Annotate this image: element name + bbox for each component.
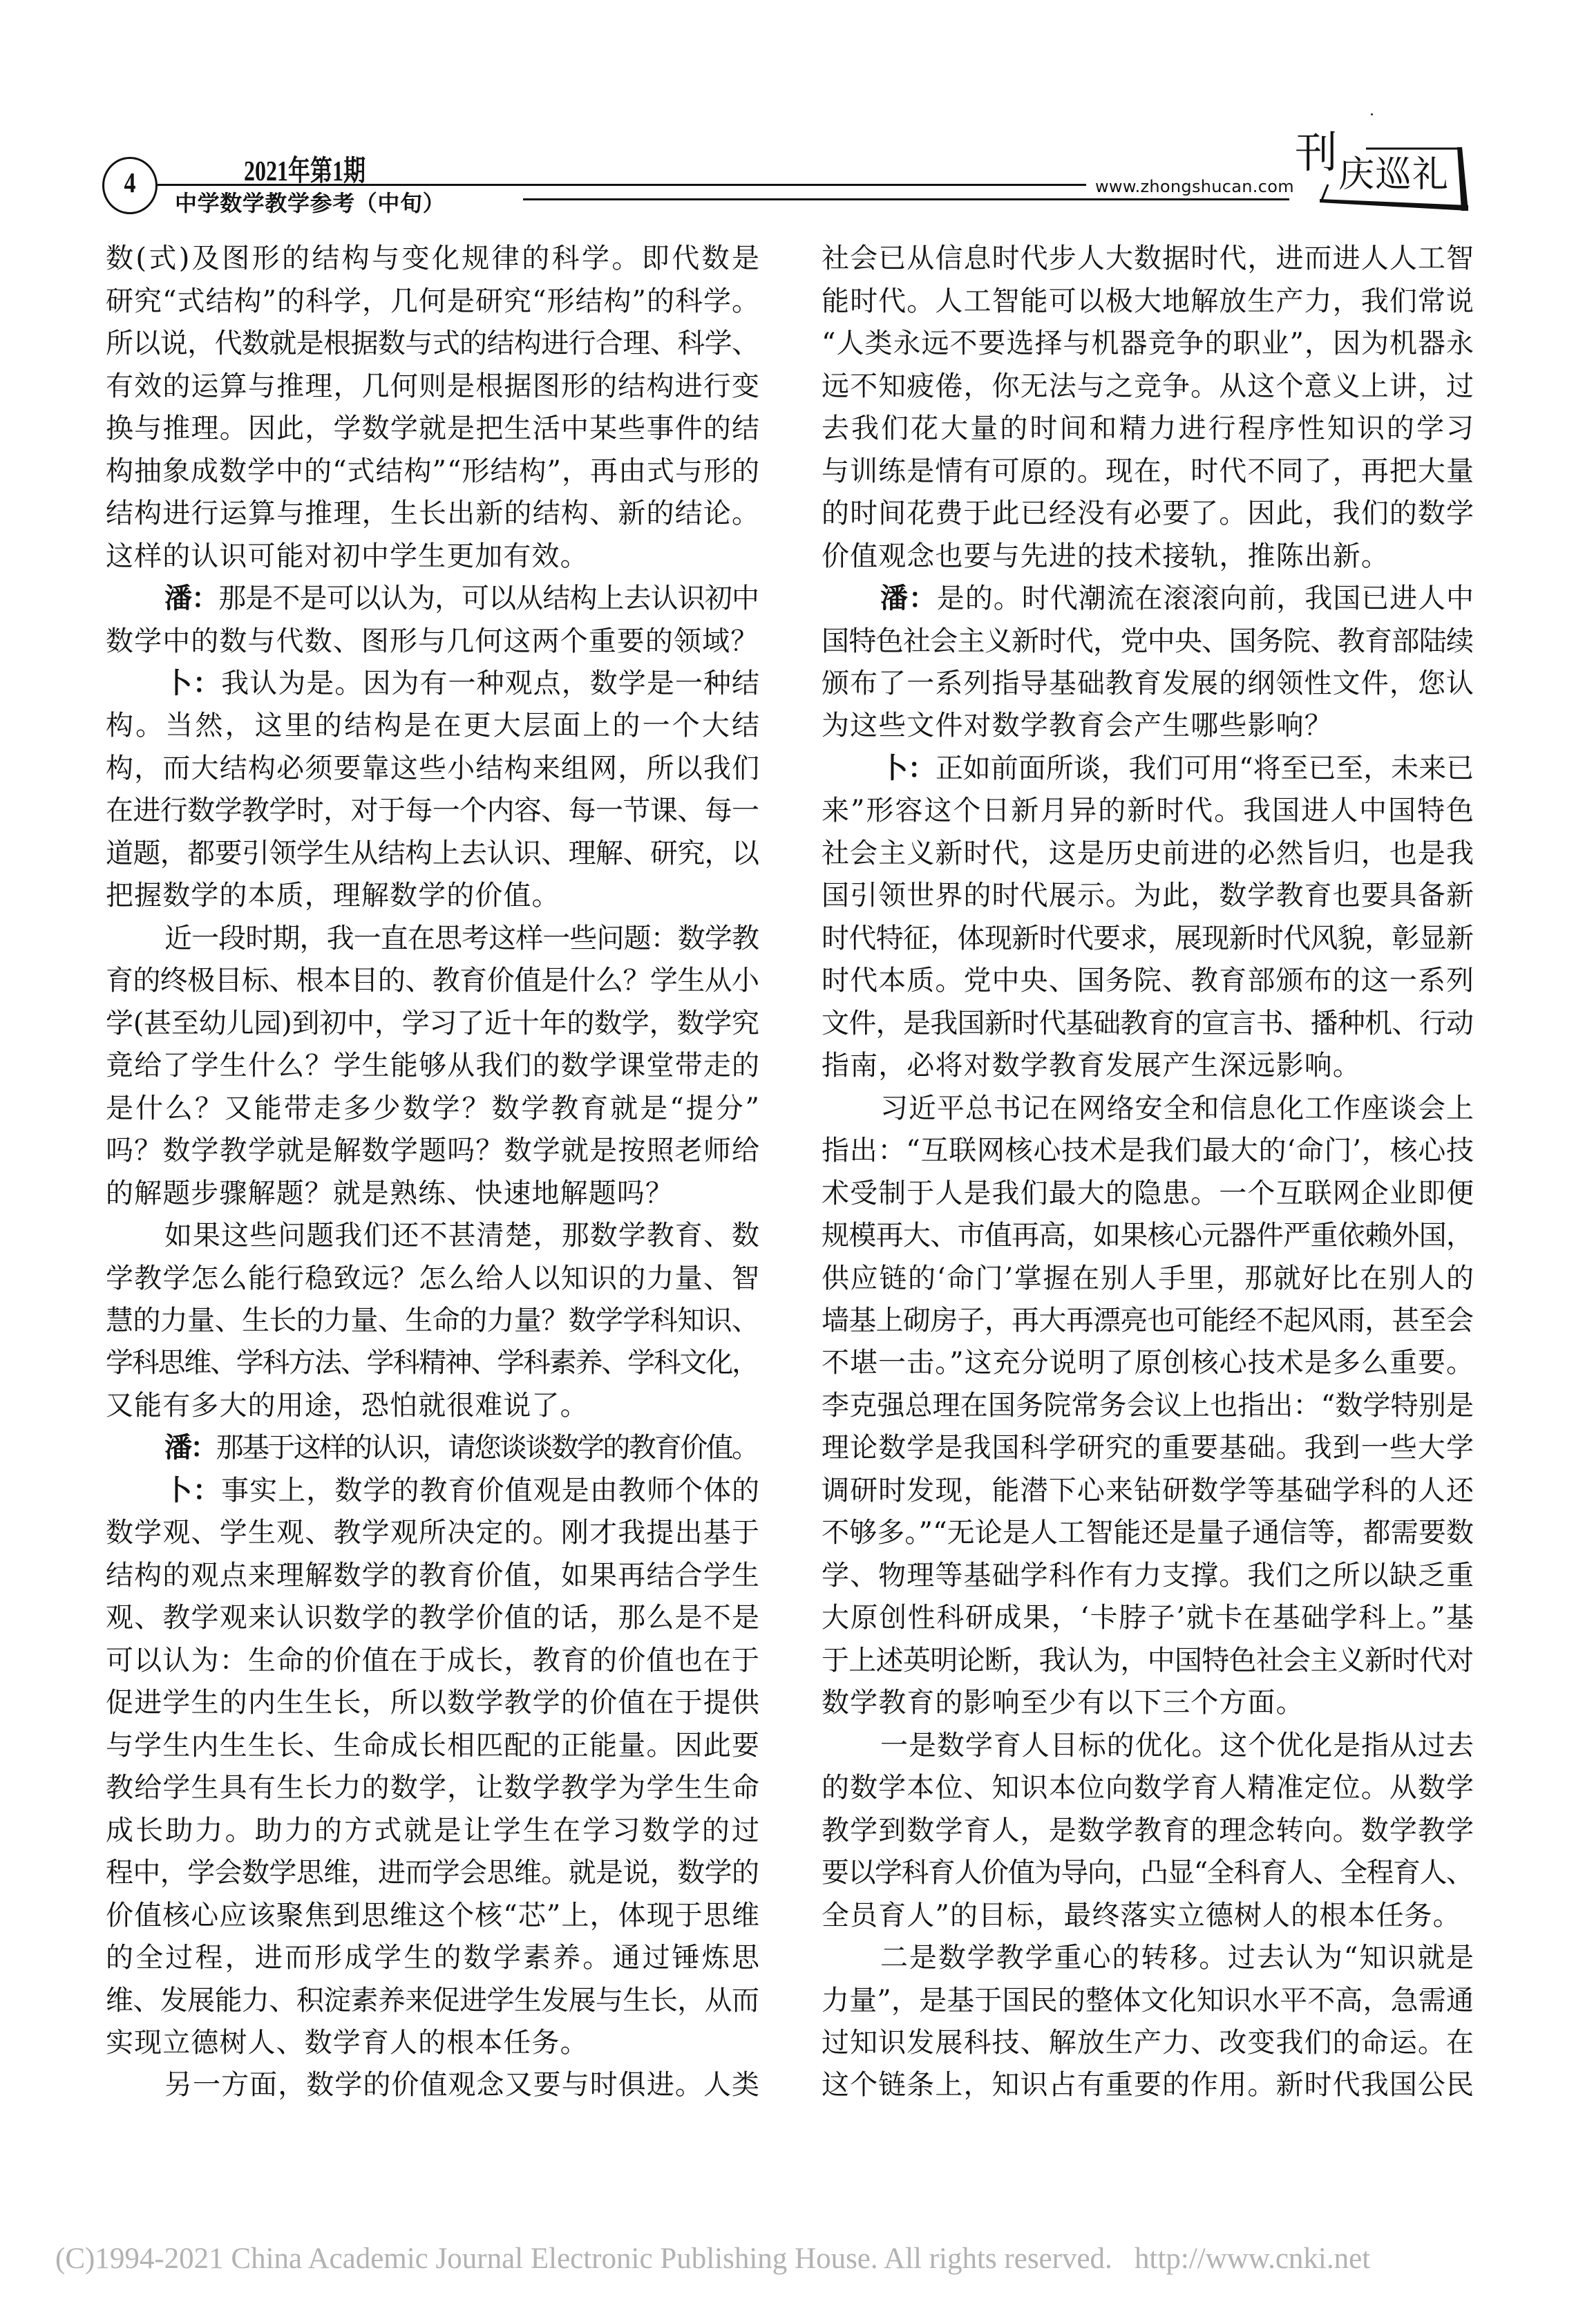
line-content: 潘：那是不是可以认为，可以从结构上去认识初中 [164,583,759,614]
line-content: 又能有多大的用途，恐怕就很难说了。 [106,1390,589,1421]
text-line: 道题，都要引领学生从结构上去认识、理解、研究，以 [106,833,759,875]
line-text: 构，而大结构必须要靠这些小结构来组网，所以我们 [106,753,760,784]
line-text: 吗？数学教学就是解数学题吗？数学就是按照老师给 [106,1135,760,1166]
text-line: 换与推理。因此，学数学就是把生活中某些事件的结 [106,408,759,450]
line-content: 卜：正如前面所谈，我们可用“将至已至，未来已 [880,753,1474,784]
line-content: 学教学怎么能行稳致远？怎么给人以知识的力量、智 [106,1263,760,1294]
line-text: 我认为是。因为有一种观点，数学是一种结 [221,668,760,699]
text-line: 能时代。人工智能可以极大地解放生产力，我们常说 [822,281,1474,323]
line-text: 去我们花大量的时间和精力进行程序性知识的学习 [822,413,1476,444]
text-line: 与学生内生生长、生命成长相匹配的正能量。因此要 [106,1725,759,1767]
speaker-label: 潘： [164,1432,216,1464]
text-line: 构，而大结构必须要靠这些小结构来组网，所以我们 [106,748,759,790]
article-column-right: 社会已从信息时代步人大数据时代，进而进人人工智能时代。人工智能可以极大地解放生产… [822,238,1474,2107]
line-content: 结构进行运算与推理，生长出新的结构、新的结论。 [106,498,760,529]
line-text: 文件，是我国新时代基础教育的宣言书、播种机、行动 [822,1008,1473,1039]
speaker-label: 潘： [880,583,937,614]
line-content: 一是数学育人目标的优化。这个优化是指从过去 [880,1730,1474,1761]
line-text: 构。当然，这里的结构是在更大层面上的一个大结 [106,710,761,741]
line-text: 所以说，代数就是根据数与式的结构进行合理、科学、 [106,328,759,359]
text-line: 数学观、学生观、教学观所决定的。刚才我提出基于 [106,1512,759,1554]
line-content: 力量”，是基于国民的整体文化知识水平不高，急需通 [822,1985,1474,2016]
line-text: 数学教育的影响至少有以下三个方面。 [822,1687,1304,1719]
line-text: 供应链的‘命门’掌握在别人手里，那就好比在别人的 [822,1263,1475,1294]
text-line: 价值核心应该聚焦到思维这个核“芯”上，体现于思维 [106,1895,759,1937]
line-text: 远不知疲倦，你无法与之竞争。从这个意义上讲，过 [822,370,1474,402]
line-text: 学科思维、学科方法、学科精神、学科素养、学科文化， [106,1347,758,1379]
text-line: 这个链条上，知识占有重要的作用。新时代我国公民 [822,2064,1474,2106]
line-text: 结构进行运算与推理，生长出新的结构、新的结论。 [106,498,760,529]
text-line: 来”形容这个日新月异的新时代。我国进人中国特色 [822,790,1474,832]
text-line: 社会已从信息时代步人大数据时代，进而进人人工智 [822,238,1474,280]
text-line: 指南，必将对数学教育发展产生深远影响。 [822,1045,1474,1087]
line-content: 维、发展能力、积淀素养来促进学生发展与生长，从而 [106,1985,759,2016]
line-text: 时代本质。党中央、国务院、教育部颁布的这一系列 [822,965,1474,996]
line-content: 构。当然，这里的结构是在更大层面上的一个大结 [106,710,761,741]
line-content: 价值观念也要与先进的技术接轨，推陈出新。 [822,540,1389,572]
line-text: 构抽象成数学中的“式结构”“形结构”，再由式与形的 [106,455,760,487]
line-text: 是的。时代潮流在滚滚向前，我国已进人中 [937,583,1474,614]
line-text: 规模再大、市值再高，如果核心元器件严重依赖外国， [822,1220,1473,1251]
line-text: 二是数学教学重心的转移。过去认为“知识就是 [880,1942,1475,1974]
line-text: 习近平总书记在网络安全和信息化工作座谈会上 [880,1093,1474,1124]
line-text: 一是数学育人目标的优化。这个优化是指从过去 [880,1730,1474,1761]
line-text: 正如前面所谈，我们可用“将至已至，未来已 [936,753,1474,784]
line-content: 时代本质。党中央、国务院、教育部颁布的这一系列 [822,965,1474,996]
line-text: 可以认为：生命的价值在于成长，教育的价值也在于 [106,1645,760,1676]
text-line: 结构进行运算与推理，生长出新的结构、新的结论。 [106,493,759,535]
line-content: 国特色社会主义新时代，党中央、国务院、教育部陆续 [822,625,1473,657]
line-content: 在进行数学教学时，对于每一个内容、每一节课、每一 [106,795,759,826]
line-content: 不够多。”“无论是人工智能还是量子通信等，都需要数 [822,1517,1474,1549]
line-text: 数学中的数与代数、图形与几何这两个重要的领域？ [106,625,759,657]
text-line: 又能有多大的用途，恐怕就很难说了。 [106,1385,759,1427]
line-content: 学(甚至幼儿园)到初中，学习了近十年的数学，数学究 [106,1008,759,1039]
line-text: 研究“式结构”的科学，几何是研究“形结构”的科学。 [106,285,760,317]
line-content: 学、物理等基础学科作有力支撑。我们之所以缺乏重 [822,1560,1474,1591]
line-content: 能时代。人工智能可以极大地解放生产力，我们常说 [822,285,1474,317]
text-line: 一是数学育人目标的优化。这个优化是指从过去 [822,1725,1474,1767]
line-text: 实现立德树人、数学育人的根本任务。 [106,2027,589,2059]
speaker-label: 潘： [164,583,218,614]
line-content: 指南，必将对数学教育发展产生深远影响。 [822,1050,1361,1081]
line-text: 不够多。”“无论是人工智能还是量子通信等，都需要数 [822,1517,1474,1549]
line-content: 构，而大结构必须要靠这些小结构来组网，所以我们 [106,753,760,784]
line-text: 那基于这样的认识，请您谈谈数学的教育价值。 [216,1432,758,1464]
text-line: 近一段时期，我一直在思考这样一些问题：数学教 [106,918,759,960]
line-content: 大原创性科研成果，‘卡脖子’就卡在基础学科上。”基 [822,1602,1475,1634]
line-content: 换与推理。因此，学数学就是把生活中某些事件的结 [106,413,760,444]
speaker-label: 卜： [164,668,221,699]
line-text: 把握数学的本质，理解数学的价值。 [106,880,560,911]
line-text: “人类永远不要选择与机器竞争的职业”，因为机器永 [822,328,1474,359]
text-line: 卜：我认为是。因为有一种观点，数学是一种结 [106,663,759,705]
text-line: 学、物理等基础学科作有力支撑。我们之所以缺乏重 [822,1555,1474,1597]
line-content: 促进学生的内生生长，所以数学教学的价值在于提供 [106,1687,760,1719]
line-content: 价值核心应该聚焦到思维这个核“芯”上，体现于思维 [106,1900,760,1931]
text-line: 数学教育的影响至少有以下三个方面。 [822,1682,1474,1724]
text-line: 去我们花大量的时间和精力进行程序性知识的学习 [822,408,1474,450]
line-text: 的时间花费于此已经没有必要了。因此，我们的数学 [822,498,1474,529]
line-text: 指出：“互联网核心技术是我们最大的‘命门’，核心技 [822,1135,1474,1166]
text-line: 全员育人”的目标，最终落实立德树人的根本任务。 [822,1895,1474,1937]
text-line: 于上述英明论断，我认为，中国特色社会主义新时代对 [822,1640,1474,1682]
text-line: 学(甚至幼儿园)到初中，学习了近十年的数学，数学究 [106,1003,759,1045]
line-text: 国特色社会主义新时代，党中央、国务院、教育部陆续 [822,625,1473,657]
line-content: 全员育人”的目标，最终落实立德树人的根本任务。 [822,1900,1461,1931]
line-text: 过知识发展科技、解放生产力、改变我们的命运。在 [822,2027,1474,2059]
line-content: 理论数学是我国科学研究的重要基础。我到一些大学 [822,1432,1474,1464]
text-line: 李克强总理在国务院常务会议上也指出：“数学特别是 [822,1385,1474,1427]
line-content: 研究“式结构”的科学，几何是研究“形结构”的科学。 [106,285,760,317]
text-line: 与训练是情有可原的。现在，时代不同了，再把大量 [822,451,1474,493]
line-content: 这样的认识可能对初中学生更加有效。 [106,540,589,572]
line-content: 吗？数学教学就是解数学题吗？数学就是按照老师给 [106,1135,760,1166]
text-line: 价值观念也要与先进的技术接轨，推陈出新。 [822,536,1474,578]
line-text: 成长助力。助力的方式就是让学生在学习数学的过 [106,1815,761,1846]
line-content: 观、教学观来认识数学的教学价值的话，那么是不是 [106,1602,760,1634]
text-line: 可以认为：生命的价值在于成长，教育的价值也在于 [106,1640,759,1682]
scan-speck [1371,113,1373,115]
text-line: 力量”，是基于国民的整体文化知识水平不高，急需通 [822,1980,1474,2022]
text-line: 供应链的‘命门’掌握在别人手里，那就好比在别人的 [822,1258,1474,1300]
line-content: 去我们花大量的时间和精力进行程序性知识的学习 [822,413,1476,444]
line-content: 卜：事实上，数学的教育价值观是由教师个体的 [164,1475,760,1506]
text-line: 二是数学教学重心的转移。过去认为“知识就是 [822,1937,1474,1979]
line-content: 数学教育的影响至少有以下三个方面。 [822,1687,1304,1719]
line-text: 促进学生的内生生长，所以数学教学的价值在于提供 [106,1687,760,1719]
line-text: 社会已从信息时代步人大数据时代，进而进人人工智 [822,243,1474,274]
line-text: 教学到数学育人，是数学教育的理念转向。数学教学 [822,1815,1474,1846]
website-url: www.zhongshucan.com [1095,178,1294,195]
text-line: 习近平总书记在网络安全和信息化工作座谈会上 [822,1088,1474,1130]
text-line: 规模再大、市值再高，如果核心元器件严重依赖外国， [822,1215,1474,1257]
line-content: 构抽象成数学中的“式结构”“形结构”，再由式与形的 [106,455,760,487]
text-line: 时代特征，体现新时代要求，展现新时代风貌，彰显新 [822,918,1474,960]
line-content: 数学中的数与代数、图形与几何这两个重要的领域？ [106,625,759,657]
line-content: 社会主义新时代，这是历史前进的必然旨归，也是我 [822,838,1474,869]
article-column-left: 数(式)及图形的结构与变化规律的科学。即代数是研究“式结构”的科学，几何是研究“… [106,238,759,2107]
text-line: 促进学生的内生生长，所以数学教学的价值在于提供 [106,1682,759,1724]
text-line: 如果这些问题我们还不甚清楚，那数学教育、数 [106,1215,759,1257]
line-text: 来”形容这个日新月异的新时代。我国进人中国特色 [822,795,1475,826]
speaker-label: 卜： [164,1475,221,1506]
line-content: 教给学生具有生长力的数学，让数学教学为学生生命 [106,1772,760,1804]
line-text: 结构的观点来理解数学的教育价值，如果再结合学生 [106,1560,760,1591]
text-line: 构。当然，这里的结构是在更大层面上的一个大结 [106,705,759,747]
line-text: 这样的认识可能对初中学生更加有效。 [106,540,589,572]
text-line: 是什么？又能带走多少数学？数学教育就是“提分” [106,1088,759,1130]
line-text: 这个链条上，知识占有重要的作用。新时代我国公民 [822,2069,1474,2101]
line-content: 来”形容这个日新月异的新时代。我国进人中国特色 [822,795,1475,826]
line-text: 数学观、学生观、教学观所决定的。刚才我提出基于 [106,1517,760,1549]
text-line: 构抽象成数学中的“式结构”“形结构”，再由式与形的 [106,451,759,493]
line-text: 颁布了一系列指导基础教育发展的纲领性文件，您认 [822,668,1474,699]
text-line: 要以学科育人价值为导向，凸显“全科育人、全程育人、 [822,1852,1474,1894]
line-content: 指出：“互联网核心技术是我们最大的‘命门’，核心技 [822,1135,1474,1166]
line-content: 要以学科育人价值为导向，凸显“全科育人、全程育人、 [822,1857,1472,1889]
text-line: 慧的力量、生长的力量、生命的力量？数学学科知识、 [106,1300,759,1342]
header-rule-bottom [523,198,1289,200]
line-content: 与训练是情有可原的。现在，时代不同了，再把大量 [822,455,1474,487]
text-line: 潘：是的。时代潮流在滚滚向前，我国已进人中 [822,578,1474,620]
text-line: 文件，是我国新时代基础教育的宣言书、播种机、行动 [822,1003,1474,1045]
line-content: 学科思维、学科方法、学科精神、学科素养、学科文化， [106,1347,758,1379]
speaker-label: 卜： [880,753,936,784]
line-text: 教给学生具有生长力的数学，让数学教学为学生生命 [106,1772,760,1804]
line-content: 的全过程，进而形成学生的数学素养。通过锤炼思 [106,1942,761,1974]
line-text: 为这些文件对数学教育会产生哪些影响？ [822,710,1333,741]
line-content: 另一方面，数学的价值观念又要与时俱进。人类 [164,2069,760,2101]
cnki-url: http://www.cnki.net [1135,2244,1370,2274]
line-text: 要以学科育人价值为导向，凸显“全科育人、全程育人、 [822,1857,1472,1889]
line-content: 墙基上砌房子，再大再漂亮也可能经不起风雨，甚至会 [822,1305,1473,1336]
text-line: 理论数学是我国科学研究的重要基础。我到一些大学 [822,1427,1474,1469]
text-line: 观、教学观来认识数学的教学价值的话，那么是不是 [106,1597,759,1639]
line-content: 文件，是我国新时代基础教育的宣言书、播种机、行动 [822,1008,1473,1039]
line-text: 在进行数学教学时，对于每一个内容、每一节课、每一 [106,795,759,826]
line-content: 卜：我认为是。因为有一种观点，数学是一种结 [164,668,760,699]
line-text: 另一方面，数学的价值观念又要与时俱进。人类 [164,2069,760,2101]
line-text: 近一段时期，我一直在思考这样一些问题：数学教 [164,923,759,954]
line-content: 供应链的‘命门’掌握在别人手里，那就好比在别人的 [822,1263,1475,1294]
line-text: 不堪一击。”这充分说明了原创核心技术是多么重要。 [822,1347,1474,1379]
line-text: 又能有多大的用途，恐怕就很难说了。 [106,1390,589,1421]
line-text: 维、发展能力、积淀素养来促进学生发展与生长，从而 [106,1985,759,2016]
text-line: 指出：“互联网核心技术是我们最大的‘命门’，核心技 [822,1130,1474,1172]
line-text: 的全过程，进而形成学生的数学素养。通过锤炼思 [106,1942,761,1974]
line-text: 时代特征，体现新时代要求，展现新时代风貌，彰显新 [822,923,1473,954]
copyright-notice: (C)1994-2021 China Academic Journal Elec… [55,2244,1112,2274]
issue-label: 2021年第1期 [244,156,366,185]
text-line: 有效的运算与推理，几何则是根据图形的结构进行变 [106,366,759,408]
line-text: 社会主义新时代，这是历史前进的必然旨归，也是我 [822,838,1474,869]
line-text: 学、物理等基础学科作有力支撑。我们之所以缺乏重 [822,1560,1474,1591]
text-line: 不够多。”“无论是人工智能还是量子通信等，都需要数 [822,1512,1474,1554]
text-line: 学教学怎么能行稳致远？怎么给人以知识的力量、智 [106,1258,759,1300]
text-line: 另一方面，数学的价值观念又要与时俱进。人类 [106,2064,759,2106]
line-text: 价值核心应该聚焦到思维这个核“芯”上，体现于思维 [106,1900,760,1931]
line-content: 近一段时期，我一直在思考这样一些问题：数学教 [164,923,759,954]
line-text: 事实上，数学的教育价值观是由教师个体的 [221,1475,760,1506]
text-line: 大原创性科研成果，‘卡脖子’就卡在基础学科上。”基 [822,1597,1474,1639]
line-text: 价值观念也要与先进的技术接轨，推陈出新。 [822,540,1389,572]
text-line: “人类永远不要选择与机器竞争的职业”，因为机器永 [822,323,1474,365]
text-line: 竟给了学生什么？学生能够从我们的数学课堂带走的 [106,1045,759,1087]
line-content: 国引领世界的时代展示。为此，数学教育也要具备新 [822,880,1474,911]
line-text: 竟给了学生什么？学生能够从我们的数学课堂带走的 [106,1050,760,1081]
line-content: 调研时发现，能潜下心来钻研数学等基础学科的人还 [822,1475,1474,1506]
line-text: 的数学本位、知识本位向数学育人精准定位。从数学 [822,1772,1474,1804]
line-content: 这个链条上，知识占有重要的作用。新时代我国公民 [822,2069,1474,2101]
line-text: 与学生内生生长、生命成长相匹配的正能量。因此要 [106,1730,760,1761]
page-number: 4 [124,169,136,198]
text-line: 教给学生具有生长力的数学，让数学教学为学生生命 [106,1767,759,1809]
text-line: 教学到数学育人，是数学教育的理念转向。数学教学 [822,1810,1474,1852]
text-line: 颁布了一系列指导基础教育发展的纲领性文件，您认 [822,663,1474,705]
text-line: 潘：那是不是可以认为，可以从结构上去认识初中 [106,578,759,620]
text-line: 育的终极目标、根本目的、教育价值是什么？学生从小 [106,960,759,1002]
text-line: 维、发展能力、积淀素养来促进学生发展与生长，从而 [106,1980,759,2022]
text-line: 数(式)及图形的结构与变化规律的科学。即代数是 [106,238,759,280]
line-content: 潘：那基于这样的认识，请您谈谈数学的教育价值。 [164,1432,757,1464]
text-line: 结构的观点来理解数学的教育价值，如果再结合学生 [106,1555,759,1597]
text-line: 成长助力。助力的方式就是让学生在学习数学的过 [106,1810,759,1852]
header-rule-top [158,184,1086,186]
text-line: 潘：那基于这样的认识，请您谈谈数学的教育价值。 [106,1427,759,1469]
text-line: 程中，学会数学思维，进而学会思维。就是说，数学的 [106,1852,759,1894]
line-content: 数(式)及图形的结构与变化规律的科学。即代数是 [106,243,761,274]
text-line: 实现立德树人、数学育人的根本任务。 [106,2022,759,2064]
line-text: 于上述英明论断，我认为，中国特色社会主义新时代对 [822,1645,1473,1676]
line-content: 慧的力量、生长的力量、生命的力量？数学学科知识、 [106,1305,759,1336]
text-line: 研究“式结构”的科学，几何是研究“形结构”的科学。 [106,281,759,323]
text-line: 社会主义新时代，这是历史前进的必然旨归，也是我 [822,833,1474,875]
text-line: 不堪一击。”这充分说明了原创核心技术是多么重要。 [822,1342,1474,1384]
line-content: 于上述英明论断，我认为，中国特色社会主义新时代对 [822,1645,1473,1676]
text-line: 的全过程，进而形成学生的数学素养。通过锤炼思 [106,1937,759,1979]
text-line: 国特色社会主义新时代，党中央、国务院、教育部陆续 [822,621,1474,663]
line-text: 换与推理。因此，学数学就是把生活中某些事件的结 [106,413,760,444]
line-text: 观、教学观来认识数学的教学价值的话，那么是不是 [106,1602,760,1634]
text-line: 的数学本位、知识本位向数学育人精准定位。从数学 [822,1767,1474,1809]
line-content: 竟给了学生什么？学生能够从我们的数学课堂带走的 [106,1050,760,1081]
line-content: 为这些文件对数学教育会产生哪些影响？ [822,710,1333,741]
line-content: 术受制于人是我们最大的隐患。一个互联网企业即便 [822,1178,1474,1209]
text-line: 学科思维、学科方法、学科精神、学科素养、学科文化， [106,1342,759,1384]
text-line: 的时间花费于此已经没有必要了。因此，我们的数学 [822,493,1474,535]
line-text: 是什么？又能带走多少数学？数学教育就是“提分” [106,1093,761,1124]
line-content: 习近平总书记在网络安全和信息化工作座谈会上 [880,1093,1474,1124]
text-line: 卜：事实上，数学的教育价值观是由教师个体的 [106,1470,759,1512]
text-line: 墙基上砌房子，再大再漂亮也可能经不起风雨，甚至会 [822,1300,1474,1342]
line-content: 是什么？又能带走多少数学？数学教育就是“提分” [106,1093,761,1124]
line-text: 与训练是情有可原的。现在，时代不同了，再把大量 [822,455,1474,487]
line-text: 指南，必将对数学教育发展产生深远影响。 [822,1050,1361,1081]
line-content: 育的终极目标、根本目的、教育价值是什么？学生从小 [106,965,759,996]
line-content: “人类永远不要选择与机器竞争的职业”，因为机器永 [822,328,1474,359]
journal-title: 中学数学教学参考（中旬） [175,192,445,214]
line-content: 过知识发展科技、解放生产力、改变我们的命运。在 [822,2027,1474,2059]
line-text: 如果这些问题我们还不甚清楚，那数学教育、数 [164,1220,760,1251]
line-content: 颁布了一系列指导基础教育发展的纲领性文件，您认 [822,668,1474,699]
line-text: 慧的力量、生长的力量、生命的力量？数学学科知识、 [106,1305,759,1336]
line-text: 数(式)及图形的结构与变化规律的科学。即代数是 [106,243,761,274]
text-line: 吗？数学教学就是解数学题吗？数学就是按照老师给 [106,1130,759,1172]
line-content: 成长助力。助力的方式就是让学生在学习数学的过 [106,1815,761,1846]
line-content: 可以认为：生命的价值在于成长，教育的价值也在于 [106,1645,760,1676]
line-text: 理论数学是我国科学研究的重要基础。我到一些大学 [822,1432,1474,1464]
text-line: 的解题步骤解题？就是熟练、快速地解题吗？ [106,1173,759,1215]
line-content: 的数学本位、知识本位向数学育人精准定位。从数学 [822,1772,1474,1804]
text-line: 把握数学的本质，理解数学的价值。 [106,875,759,917]
line-content: 教学到数学育人，是数学教育的理念转向。数学教学 [822,1815,1474,1846]
text-line: 所以说，代数就是根据数与式的结构进行合理、科学、 [106,323,759,365]
line-text: 的解题步骤解题？就是熟练、快速地解题吗？ [106,1178,674,1209]
text-line: 时代本质。党中央、国务院、教育部颁布的这一系列 [822,960,1474,1002]
text-line: 过知识发展科技、解放生产力、改变我们的命运。在 [822,2022,1474,2064]
text-line: 国引领世界的时代展示。为此，数学教育也要具备新 [822,875,1474,917]
line-text: 大原创性科研成果，‘卡脖子’就卡在基础学科上。”基 [822,1602,1475,1634]
text-line: 为这些文件对数学教育会产生哪些影响？ [822,705,1474,747]
line-content: 二是数学教学重心的转移。过去认为“知识就是 [880,1942,1475,1974]
line-text: 程中，学会数学思维，进而学会思维。就是说，数学的 [106,1857,759,1889]
line-content: 远不知疲倦，你无法与之竞争。从这个意义上讲，过 [822,370,1474,402]
line-text: 术受制于人是我们最大的隐患。一个互联网企业即便 [822,1178,1474,1209]
line-content: 社会已从信息时代步人大数据时代，进而进人人工智 [822,243,1474,274]
line-text: 李克强总理在国务院常务会议上也指出：“数学特别是 [822,1390,1474,1421]
line-content: 道题，都要引领学生从结构上去认识、理解、研究，以 [106,838,759,869]
line-content: 所以说，代数就是根据数与式的结构进行合理、科学、 [106,328,759,359]
text-line: 术受制于人是我们最大的隐患。一个互联网企业即便 [822,1173,1474,1215]
line-content: 的解题步骤解题？就是熟练、快速地解题吗？ [106,1178,674,1209]
line-text: 调研时发现，能潜下心来钻研数学等基础学科的人还 [822,1475,1474,1506]
page-number-badge: 4 [102,157,158,214]
column-badge-title: 庆巡礼 [1338,157,1450,193]
line-content: 与学生内生生长、生命成长相匹配的正能量。因此要 [106,1730,760,1761]
text-line: 在进行数学教学时，对于每一个内容、每一节课、每一 [106,790,759,832]
line-content: 规模再大、市值再高，如果核心元器件严重依赖外国， [822,1220,1473,1251]
line-text: 有效的运算与推理，几何则是根据图形的结构进行变 [106,370,760,402]
line-content: 潘：是的。时代潮流在滚滚向前，我国已进人中 [880,583,1474,614]
line-content: 时代特征，体现新时代要求，展现新时代风貌，彰显新 [822,923,1473,954]
text-line: 远不知疲倦，你无法与之竞争。从这个意义上讲，过 [822,366,1474,408]
line-text: 国引领世界的时代展示。为此，数学教育也要具备新 [822,880,1474,911]
line-content: 程中，学会数学思维，进而学会思维。就是说，数学的 [106,1857,759,1889]
line-text: 学(甚至幼儿园)到初中，学习了近十年的数学，数学究 [106,1008,759,1039]
text-line: 卜：正如前面所谈，我们可用“将至已至，未来已 [822,748,1474,790]
line-content: 不堪一击。”这充分说明了原创核心技术是多么重要。 [822,1347,1474,1379]
line-text: 学教学怎么能行稳致远？怎么给人以知识的力量、智 [106,1263,760,1294]
line-text: 道题，都要引领学生从结构上去认识、理解、研究，以 [106,838,759,869]
text-line: 调研时发现，能潜下心来钻研数学等基础学科的人还 [822,1470,1474,1512]
line-content: 实现立德树人、数学育人的根本任务。 [106,2027,589,2059]
line-text: 墙基上砌房子，再大再漂亮也可能经不起风雨，甚至会 [822,1305,1473,1336]
line-content: 如果这些问题我们还不甚清楚，那数学教育、数 [164,1220,760,1251]
line-content: 把握数学的本质，理解数学的价值。 [106,880,560,911]
line-text: 全员育人”的目标，最终落实立德树人的根本任务。 [822,1900,1461,1931]
line-content: 李克强总理在国务院常务会议上也指出：“数学特别是 [822,1390,1474,1421]
line-text: 力量”，是基于国民的整体文化知识水平不高，急需通 [822,1985,1474,2016]
line-text: 育的终极目标、根本目的、教育价值是什么？学生从小 [106,965,759,996]
line-content: 结构的观点来理解数学的教育价值，如果再结合学生 [106,1560,760,1591]
line-text: 能时代。人工智能可以极大地解放生产力，我们常说 [822,285,1474,317]
line-text: 那是不是可以认为，可以从结构上去认识初中 [218,583,759,614]
line-content: 数学观、学生观、教学观所决定的。刚才我提出基于 [106,1517,760,1549]
journal-page: 4 2021年第1期 中学数学教学参考（中旬） www.zhongshucan.… [0,0,1594,2324]
text-line: 这样的认识可能对初中学生更加有效。 [106,536,759,578]
text-line: 数学中的数与代数、图形与几何这两个重要的领域？ [106,621,759,663]
line-content: 有效的运算与推理，几何则是根据图形的结构进行变 [106,370,760,402]
line-content: 的时间花费于此已经没有必要了。因此，我们的数学 [822,498,1474,529]
